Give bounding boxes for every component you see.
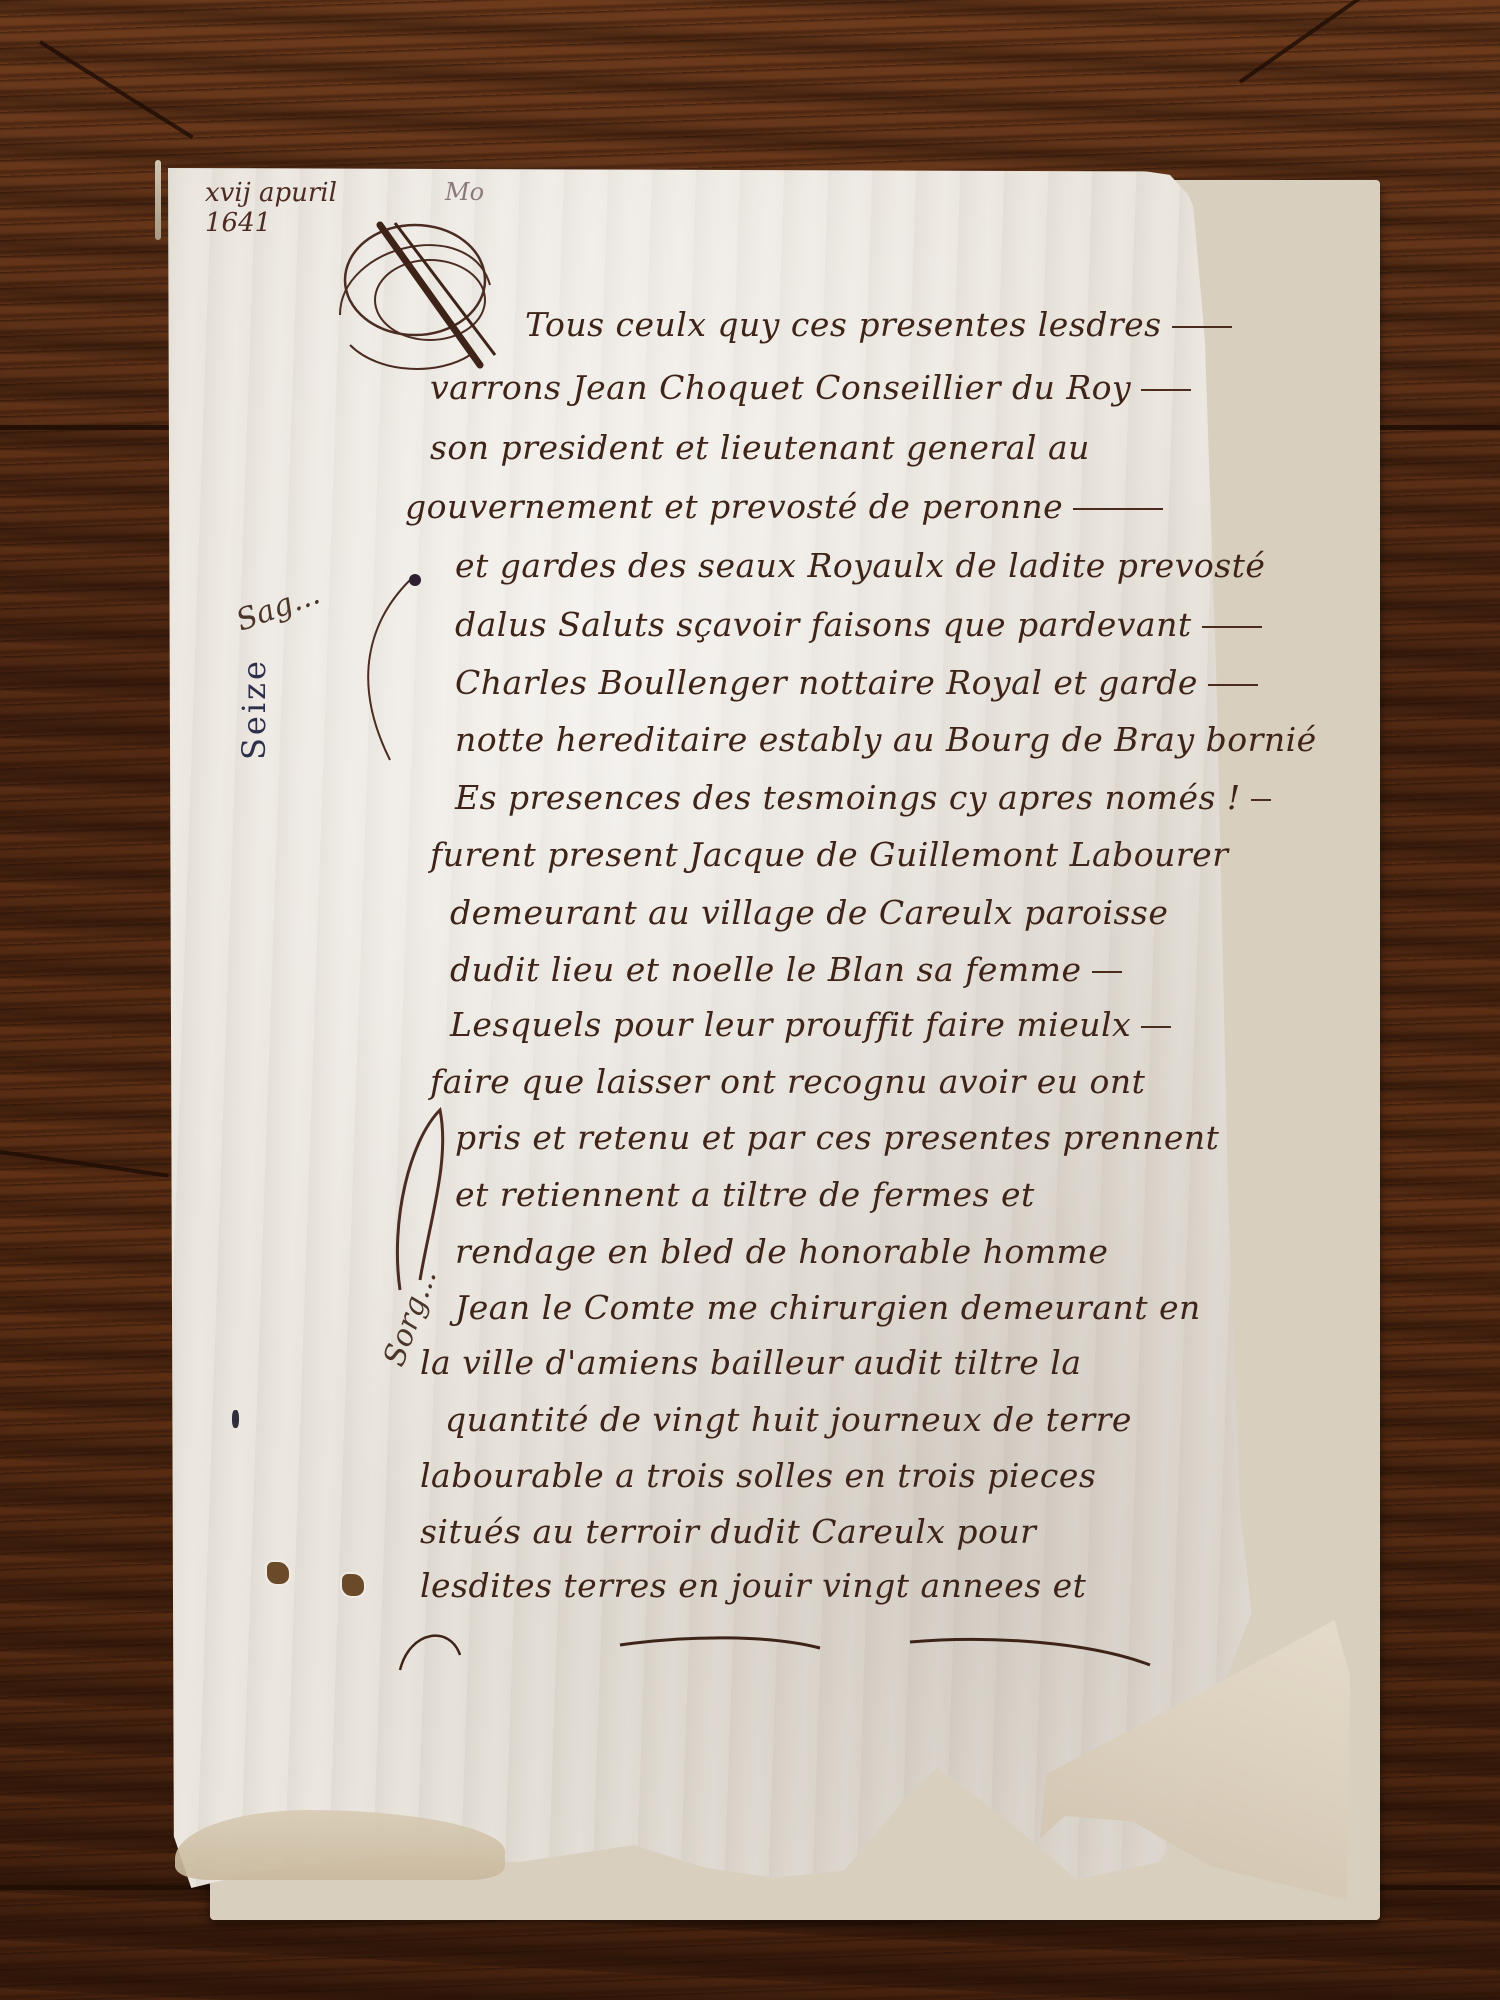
margin-note-vertical: Seize [235, 658, 273, 760]
wood-seam [39, 40, 194, 139]
reference-mark: Mo [445, 178, 484, 206]
text-line: faire que laisser ont recognu avoir eu o… [430, 1062, 1145, 1101]
text-line: quantité de vingt huit journeux de terre [445, 1400, 1132, 1439]
text-line: demeurant au village de Careulx paroisse [450, 893, 1168, 932]
text-line: dudit lieu et noelle le Blan sa femme [450, 950, 1122, 989]
paper-hole [340, 1572, 366, 1598]
text-line: Charles Boullenger nottaire Royal et gar… [455, 663, 1258, 702]
text-line: pris et retenu et par ces presentes pren… [455, 1118, 1219, 1157]
margin-flourish-icon [330, 560, 450, 800]
text-line: et retiennent a tiltre de fermes et [455, 1175, 1035, 1214]
text-line: furent present Jacque de Guillemont Labo… [430, 835, 1228, 874]
text-line: Tous ceulx quy ces presentes lesdres [525, 305, 1232, 344]
text-line: lesdites terres en jouir vingt annees et [420, 1566, 1086, 1605]
wood-seam [1239, 0, 1454, 84]
wood-seam [0, 1150, 169, 1178]
text-line: dalus Saluts sçavoir faisons que pardeva… [455, 605, 1262, 644]
text-line: rendage en bled de honorable homme [455, 1232, 1108, 1271]
text-line: situés au terroir dudit Careulx pour [420, 1512, 1036, 1551]
ink-blot [232, 1410, 239, 1428]
margin-flourish-icon [380, 1100, 460, 1300]
decorated-initial-icon [320, 205, 520, 385]
text-line: son president et lieutenant general au [430, 428, 1090, 467]
text-line: Jean le Comte me chirurgien demeurant en [455, 1288, 1201, 1327]
date-day-month: xvij apuril [205, 178, 337, 208]
date-annotation: xvij apuril 1641 [205, 178, 337, 238]
text-line: et gardes des seaux Royaulx de ladite pr… [455, 546, 1265, 585]
text-line: Es presences des tesmoings cy apres nomé… [455, 778, 1271, 817]
text-line: varrons Jean Choquet Conseillier du Roy [430, 368, 1191, 407]
text-line: Lesquels pour leur prouffit faire mieulx [450, 1005, 1171, 1044]
closing-flourish-icon [390, 1620, 1190, 1680]
text-line: labourable a trois solles en trois piece… [420, 1456, 1096, 1495]
text-line: notte hereditaire estably au Bourg de Br… [455, 720, 1317, 759]
text-line: la ville d'amiens bailleur audit tiltre … [420, 1343, 1082, 1382]
date-year: 1641 [205, 208, 337, 238]
binding-thread [155, 160, 161, 240]
text-line: gouvernement et prevosté de peronne [405, 487, 1163, 526]
paper-hole [265, 1560, 291, 1586]
